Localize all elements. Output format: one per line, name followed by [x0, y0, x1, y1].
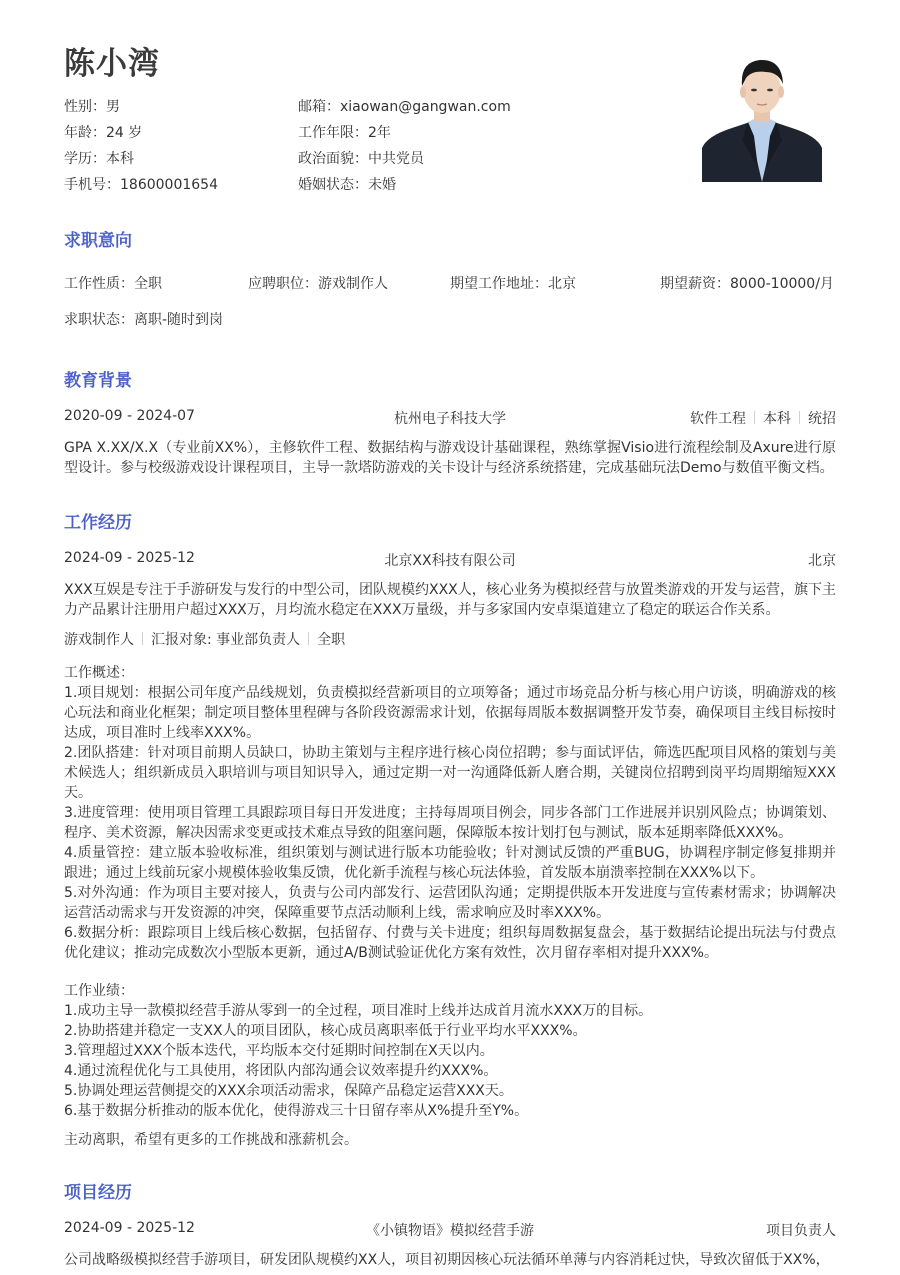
info-value: 本科	[106, 151, 134, 167]
overview-item: 1.项目规划：根据公司年度产品线规划，负责模拟经营新项目的立项筹备；通过市场竞品…	[64, 683, 836, 743]
intent-salary: 期望薪资：8000-10000/月	[660, 273, 834, 293]
achievement-item: 1.成功主导一款模拟经营手游从零到一的全过程，项目准时上线并达成首月流水XXX万…	[64, 1001, 836, 1021]
info-value: 24 岁	[106, 125, 142, 141]
candidate-name: 陈小湾	[64, 38, 160, 83]
intent-label: 应聘职位：	[248, 276, 318, 292]
section-title-job-intent: 求职意向	[64, 226, 132, 251]
info-work-years: 工作年限：2年	[298, 122, 391, 142]
intent-value: 离职-随时到岗	[134, 312, 223, 328]
divider	[799, 411, 800, 424]
education-header: 2020-09 - 2024-07 杭州电子科技大学 软件工程本科统招	[64, 408, 836, 428]
work-overview: 工作概述： 1.项目规划：根据公司年度产品线规划，负责模拟经营新项目的立项筹备；…	[64, 663, 836, 963]
intent-value: 8000-10000/月	[730, 276, 834, 292]
info-value: 男	[106, 99, 120, 115]
achievement-item: 3.管理超过XXX个版本迭代，平均版本交付延期时间控制在X天以内。	[64, 1041, 836, 1061]
education-tags: 软件工程本科统招	[690, 408, 836, 428]
education-type: 统招	[808, 411, 836, 427]
work-report-to: 汇报对象: 事业部负责人	[151, 632, 300, 648]
info-value: 中共党员	[368, 151, 424, 167]
achievement-item: 5.协调处理运营侧提交的XXX余项活动需求，保障产品稳定运营XXX天。	[64, 1081, 836, 1101]
section-title-education: 教育背景	[64, 366, 132, 391]
achievement-item: 4.通过流程优化与工具使用，将团队内部沟通会议效率提升约XXX%。	[64, 1061, 836, 1081]
info-value: 2年	[368, 125, 391, 141]
leave-reason: 主动离职，希望有更多的工作挑战和涨薪机会。	[64, 1129, 358, 1149]
info-email: 邮箱：xiaowan@gangwan.com	[298, 96, 511, 116]
info-label: 手机号：	[64, 177, 120, 193]
overview-item: 3.进度管理：使用项目管理工具跟踪项目每日开发进度；主持每周项目例会，同步各部门…	[64, 803, 836, 843]
divider	[142, 632, 143, 645]
section-title-projects: 项目经历	[64, 1178, 132, 1203]
divider	[308, 632, 309, 645]
overview-item: 6.数据分析：跟踪项目上线后核心数据，包括留存、付费与关卡进度；组织每周数据复盘…	[64, 923, 836, 963]
intent-location: 期望工作地址：北京	[450, 273, 576, 293]
info-gender: 性别：男	[64, 96, 120, 116]
intent-value: 北京	[548, 276, 576, 292]
project-role: 项目负责人	[766, 1220, 836, 1240]
work-company: 北京XX科技有限公司	[64, 550, 836, 570]
intent-job-type: 工作性质：全职	[64, 273, 162, 293]
info-label: 年龄：	[64, 125, 106, 141]
education-degree: 本科	[763, 411, 791, 427]
work-tags: 游戏制作人汇报对象: 事业部负责人全职	[64, 629, 345, 649]
intent-label: 期望薪资：	[660, 276, 730, 292]
project-header: 2024-09 - 2025-12 《小镇物语》模拟经营手游 项目负责人	[64, 1220, 836, 1240]
intent-label: 期望工作地址：	[450, 276, 548, 292]
info-age: 年龄：24 岁	[64, 122, 142, 142]
info-marital-status: 婚姻状态：未婚	[298, 174, 396, 194]
project-name: 《小镇物语》模拟经营手游	[64, 1220, 836, 1240]
divider	[754, 411, 755, 424]
intent-position: 应聘职位：游戏制作人	[248, 273, 388, 293]
work-achievements: 工作业绩： 1.成功主导一款模拟经营手游从零到一的全过程，项目准时上线并达成首月…	[64, 981, 836, 1121]
portrait-photo	[702, 48, 822, 182]
info-label: 婚姻状态：	[298, 177, 368, 193]
work-header: 2024-09 - 2025-12 北京XX科技有限公司 北京	[64, 550, 836, 570]
work-employment-type: 全职	[317, 632, 345, 648]
info-label: 学历：	[64, 151, 106, 167]
info-label: 政治面貌：	[298, 151, 368, 167]
info-political-status: 政治面貌：中共党员	[298, 148, 424, 168]
company-intro: XXX互娱是专注于手游研发与发行的中型公司，团队规模约XXX人，核心业务为模拟经…	[64, 580, 836, 620]
overview-label: 工作概述：	[64, 663, 836, 683]
project-description: 公司战略级模拟经营手游项目，研发团队规模约XX人，项目初期因核心玩法循环单薄与内…	[64, 1250, 836, 1275]
work-title: 游戏制作人	[64, 632, 134, 648]
overview-item: 2.团队搭建：针对项目前期人员缺口，协助主策划与主程序进行核心岗位招聘；参与面试…	[64, 743, 836, 803]
info-label: 性别：	[64, 99, 106, 115]
info-value: 18600001654	[120, 177, 218, 193]
work-location: 北京	[808, 550, 836, 570]
overview-item: 5.对外沟通：作为项目主要对接人，负责与公司内部发行、运营团队沟通；定期提供版本…	[64, 883, 836, 923]
overview-item: 4.质量管控：建立版本验收标准，组织策划与测试进行版本功能验收；针对测试反馈的严…	[64, 843, 836, 883]
section-title-work: 工作经历	[64, 508, 132, 533]
achievements-label: 工作业绩：	[64, 981, 836, 1001]
info-education: 学历：本科	[64, 148, 134, 168]
intent-label: 求职状态：	[64, 312, 134, 328]
intent-value: 全职	[134, 276, 162, 292]
achievement-item: 6.基于数据分析推动的版本优化，使得游戏三十日留存率从X%提升至Y%。	[64, 1101, 836, 1121]
intent-label: 工作性质：	[64, 276, 134, 292]
info-label: 邮箱：	[298, 99, 340, 115]
info-value[interactable]: xiaowan@gangwan.com	[340, 99, 511, 115]
intent-status: 求职状态：离职-随时到岗	[64, 309, 223, 329]
education-description: GPA X.XX/X.X（专业前XX%），主修软件工程、数据结构与游戏设计基础课…	[64, 438, 836, 478]
education-major: 软件工程	[690, 411, 746, 427]
info-value: 未婚	[368, 177, 396, 193]
intent-value: 游戏制作人	[318, 276, 388, 292]
portrait-illustration-icon	[702, 48, 822, 182]
info-phone: 手机号：18600001654	[64, 174, 218, 194]
achievement-item: 2.协助搭建并稳定一支XX人的项目团队，核心成员离职率低于行业平均水平XXX%。	[64, 1021, 836, 1041]
info-label: 工作年限：	[298, 125, 368, 141]
